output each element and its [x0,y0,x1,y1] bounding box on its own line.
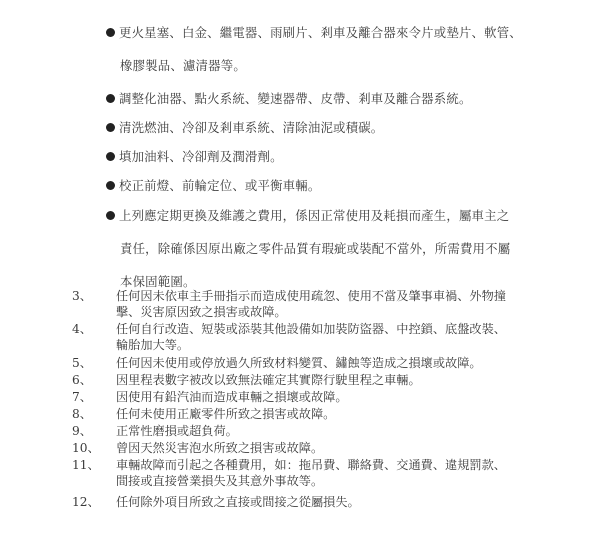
item-text: 任何自行改造、短裝或添裝其他設備如加裝防盜器、中控鎖、底盤改裝、 [116,321,556,337]
bullet-text-continued: 責任，除確係因原出廠之零件品質有瑕疵或裝配不當外，所需費用不屬 [106,232,546,265]
numbered-item: 10、 曾因天然災害泡水所致之損害或故障。 [72,440,572,456]
item-text: 因使用有鉛汽油而造成車輛之損壞或故障。 [116,389,556,405]
item-number: 12、 [72,494,112,510]
item-number: 4、 [72,321,112,337]
bullet-text: 填加油料、冷卻劑及潤滑劑。 [119,149,283,164]
item-number: 10、 [72,440,112,456]
bullet-dot-icon [106,211,115,220]
item-text: 正常性磨損或超負荷。 [116,423,556,439]
bullet-text: 校正前燈、前輪定位、或平衡車輛。 [119,178,320,193]
bullet-item: 更火星塞、白金、繼電器、雨刷片、剎車及離合器來令片或墊片、軟管、 橡膠製品、濾清… [106,16,546,82]
numbered-item: 3、 任何因未依車主手冊指示而造成使用疏忽、使用不當及肇事車禍、外物撞 擊、災害… [72,288,572,320]
numbered-item: 7、 因使用有鉛汽油而造成車輛之損壞或故障。 [72,389,572,405]
bullet-dot-icon [106,94,115,103]
numbered-item: 6、 因里程表數字被改以致無法確定其實際行駛里程之車輛。 [72,372,572,388]
item-number: 5、 [72,355,112,371]
bullet-item: 上列應定期更換及維護之費用，係因正常使用及耗損而產生，屬車主之 責任，除確係因原… [106,199,546,298]
bullet-item: 校正前燈、前輪定位、或平衡車輛。 [106,169,546,202]
bullet-text: 上列應定期更換及維護之費用，係因正常使用及耗損而產生，屬車主之 [119,208,509,223]
item-text-continued: 輪胎加大等。 [116,337,556,353]
numbered-item: 8、 任何未使用正廠零件所致之損害或故障。 [72,406,572,422]
item-number: 9、 [72,423,112,439]
numbered-item: 11、 車輛故障而引起之各種費用，如：拖吊費、聯絡費、交通費、違規罰款、 間接或… [72,457,572,489]
item-text: 任何因未依車主手冊指示而造成使用疏忽、使用不當及肇事車禍、外物撞 [116,288,556,304]
item-text: 任何除外項目所致之直接或間接之從屬損失。 [116,494,556,510]
item-number: 7、 [72,389,112,405]
item-number: 3、 [72,288,112,304]
item-text: 任何未使用正廠零件所致之損害或故障。 [116,406,556,422]
numbered-item: 9、 正常性磨損或超負荷。 [72,423,572,439]
numbered-item: 5、 任何因未使用或停放過久所致材料變質、鏽蝕等造成之損壞或故障。 [72,355,572,371]
item-text-continued: 擊、災害原因致之損害或故障。 [116,304,556,320]
item-number: 6、 [72,372,112,388]
item-text: 車輛故障而引起之各種費用，如：拖吊費、聯絡費、交通費、違規罰款、 [116,457,556,473]
item-text: 因里程表數字被改以致無法確定其實際行駛里程之車輛。 [116,372,556,388]
bullet-text-continued: 橡膠製品、濾清器等。 [106,49,546,82]
bullet-dot-icon [106,152,115,161]
item-number: 11、 [72,457,112,473]
item-text: 曾因天然災害泡水所致之損害或故障。 [116,440,556,456]
bullet-dot-icon [106,181,115,190]
bullet-text: 更火星塞、白金、繼電器、雨刷片、剎車及離合器來令片或墊片、軟管、 [119,25,522,40]
bullet-text: 調整化油器、點火系統、變速器帶、皮帶、剎車及離合器系統。 [119,91,472,106]
item-text-continued: 間接或直接營業損失及其意外事故等。 [116,473,556,489]
bullet-dot-icon [106,123,115,132]
item-text: 任何因未使用或停放過久所致材料變質、鏽蝕等造成之損壞或故障。 [116,355,556,371]
warranty-exclusions-document: 更火星塞、白金、繼電器、雨刷片、剎車及離合器來令片或墊片、軟管、 橡膠製品、濾清… [0,0,600,538]
bullet-dot-icon [106,28,115,37]
numbered-item: 12、 任何除外項目所致之直接或間接之從屬損失。 [72,494,572,510]
numbered-item: 4、 任何自行改造、短裝或添裝其他設備如加裝防盜器、中控鎖、底盤改裝、 輪胎加大… [72,321,572,353]
bullet-text: 清洗燃油、冷卻及剎車系統、清除油泥或積碳。 [119,120,383,135]
item-number: 8、 [72,406,112,422]
